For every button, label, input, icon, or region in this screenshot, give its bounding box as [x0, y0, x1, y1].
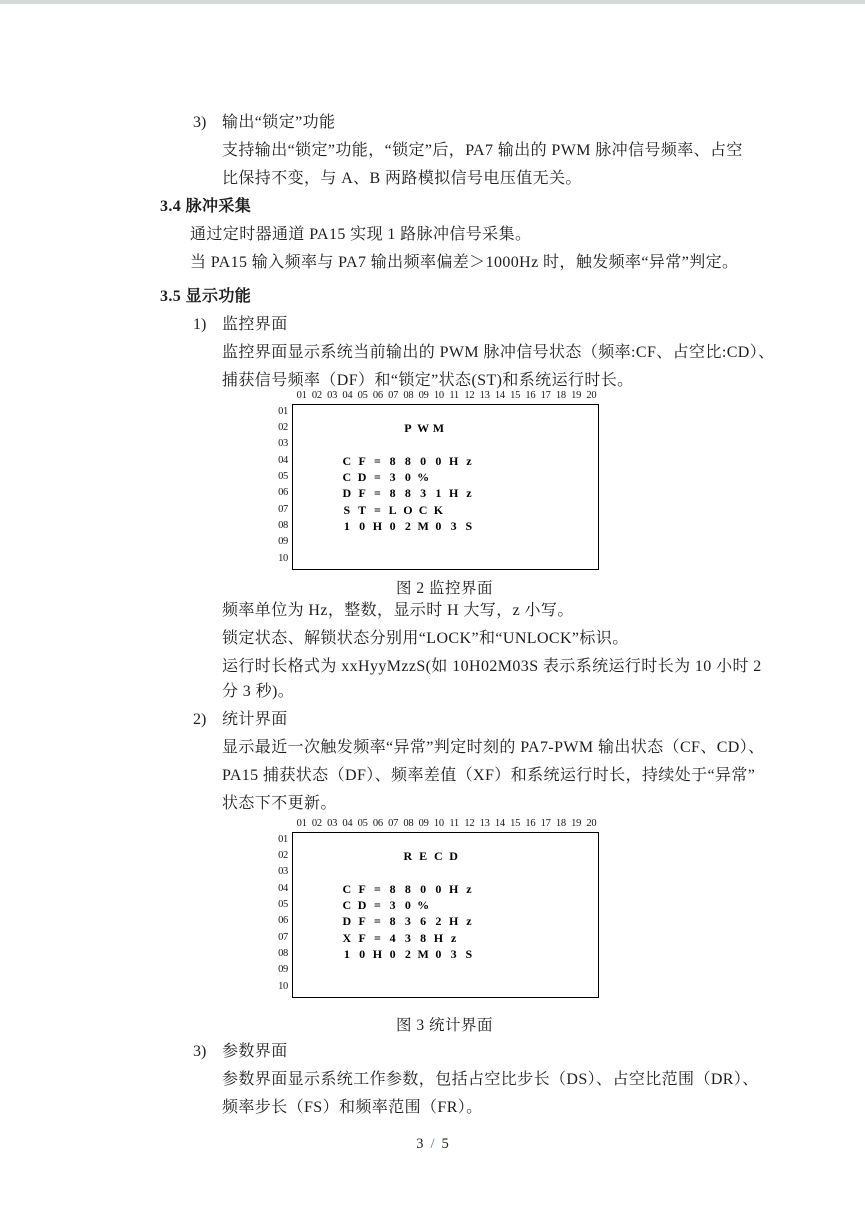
grid-column-label: 20 — [584, 389, 599, 403]
grid-row-label: 09 — [262, 964, 288, 980]
lcd-character: 8 — [385, 454, 400, 470]
grid-column-label: 05 — [355, 389, 370, 403]
paragraph-line: PA15 捕获状态（DF）、频率差值（XF）和系统运行时长，持续处于“异常” — [222, 766, 755, 786]
grid-row-label: 01 — [262, 834, 288, 850]
lcd-character: P — [400, 421, 415, 437]
lcd-character: 0 — [400, 470, 415, 486]
lcd-character: M — [431, 421, 446, 437]
lcd-character: 3 — [385, 470, 400, 486]
paragraph-line: 当 PA15 输入频率与 PA7 输出频率偏差＞1000Hz 时，触发频率“异常… — [190, 253, 738, 273]
grid-row-label: 10 — [262, 981, 288, 997]
lcd-character: D — [355, 898, 370, 914]
lcd-character: 0 — [400, 898, 415, 914]
lcd-character: H — [446, 454, 461, 470]
grid-row-label: 02 — [262, 850, 288, 866]
grid-row-label: 08 — [262, 520, 288, 536]
grid-column-label: 17 — [538, 389, 553, 403]
lcd-character: 3 — [385, 898, 400, 914]
lcd-character: 0 — [355, 947, 370, 963]
lcd-character: 2 — [400, 947, 415, 963]
lcd-character: H — [446, 882, 461, 898]
lcd-character: C — [416, 503, 431, 519]
grid-row-labels: 01020304050607080910 — [262, 834, 288, 997]
grid-column-label: 16 — [523, 389, 538, 403]
paragraph-line: 通过定时器通道 PA15 实现 1 路脉冲信号采集。 — [190, 225, 531, 245]
grid-column-label: 12 — [462, 817, 477, 831]
lcd-character: 3 — [400, 931, 415, 947]
lcd-character: S — [461, 519, 476, 535]
lcd-character: z — [461, 914, 476, 930]
lcd-character: 8 — [400, 882, 415, 898]
lcd-character: 8 — [385, 486, 400, 502]
grid-column-label: 08 — [401, 817, 416, 831]
lcd-character: 3 — [416, 486, 431, 502]
list-item-output-lock: 3) 输出“锁定”功能 — [222, 113, 335, 133]
lcd-character: F — [355, 486, 370, 502]
lcd-character: K — [431, 503, 446, 519]
lcd-character: L — [385, 503, 400, 519]
grid-column-label: 05 — [355, 817, 370, 831]
grid-column-label: 10 — [431, 389, 446, 403]
lcd-screen-content: PWMCF=8800HzCD=30%DF=8831HzST=LOCK10H02M… — [293, 405, 598, 569]
list-marker: 2) — [193, 710, 206, 730]
grid-column-label: 20 — [584, 817, 599, 831]
lcd-character: T — [355, 503, 370, 519]
grid-row-label: 03 — [262, 866, 288, 882]
lcd-character: 0 — [355, 519, 370, 535]
paragraph-line: 频率步长（FS）和频率范围（FR）。 — [222, 1098, 483, 1118]
lcd-character: C — [431, 849, 446, 865]
figure-caption: 图 3 统计界面 — [292, 1013, 597, 1035]
grid-row-label: 04 — [262, 455, 288, 471]
lcd-character: F — [355, 931, 370, 947]
lcd-character: 3 — [446, 519, 461, 535]
grid-row-label: 07 — [262, 504, 288, 520]
grid-row-label: 01 — [262, 406, 288, 422]
paragraph-line: 状态下不更新。 — [222, 794, 337, 814]
grid-column-label: 14 — [492, 389, 507, 403]
grid-column-label: 03 — [325, 389, 340, 403]
lcd-character: % — [416, 898, 431, 914]
list-marker: 3) — [193, 1042, 206, 1062]
lcd-character: = — [370, 503, 385, 519]
lcd-character: 0 — [431, 454, 446, 470]
lcd-character: 8 — [400, 454, 415, 470]
lcd-character: 6 — [416, 914, 431, 930]
list-item-monitor-screen: 1) 监控界面 — [222, 315, 288, 335]
lcd-character: 0 — [416, 882, 431, 898]
lcd-character: H — [446, 486, 461, 502]
grid-column-label: 09 — [416, 389, 431, 403]
lcd-character: 3 — [400, 914, 415, 930]
lcd-screen-box: PWMCF=8800HzCD=30%DF=8831HzST=LOCK10H02M… — [292, 404, 599, 570]
paragraph-line: 运行时长格式为 xxHyyMzzS(如 10H02M03S 表示系统运行时长为 … — [222, 657, 762, 677]
paragraph-line: 参数界面显示系统工作参数，包括占空比步长（DS）、占空比范围（DR）、 — [222, 1070, 759, 1090]
lcd-character: F — [355, 914, 370, 930]
grid-row-label: 02 — [262, 422, 288, 438]
grid-row-label: 03 — [262, 438, 288, 454]
paragraph-line: 锁定状态、解锁状态分别用“LOCK”和“UNLOCK”标识。 — [222, 629, 629, 649]
lcd-character: z — [446, 931, 461, 947]
section-heading-3-5: 3.5 显示功能 — [160, 287, 251, 307]
paragraph-line: 捕获信号频率（DF）和“锁定”状态(ST)和系统运行时长。 — [222, 371, 634, 391]
grid-column-label: 16 — [523, 817, 538, 831]
grid-column-label: 01 — [294, 817, 309, 831]
lcd-character: F — [355, 454, 370, 470]
lcd-character: 0 — [431, 947, 446, 963]
lcd-character: 0 — [431, 882, 446, 898]
grid-column-label: 03 — [325, 817, 340, 831]
grid-column-label: 19 — [569, 389, 584, 403]
grid-column-label: 15 — [508, 389, 523, 403]
lcd-character: C — [339, 454, 354, 470]
lcd-character: H — [370, 947, 385, 963]
list-item-stats-screen: 2) 统计界面 — [222, 710, 288, 730]
lcd-character: z — [461, 882, 476, 898]
list-item-text: 输出“锁定”功能 — [222, 114, 335, 131]
lcd-character: C — [339, 898, 354, 914]
lcd-character: = — [370, 882, 385, 898]
grid-column-label: 15 — [508, 817, 523, 831]
lcd-character: = — [370, 898, 385, 914]
grid-column-label: 06 — [370, 817, 385, 831]
window-top-edge — [0, 0, 865, 4]
grid-row-label: 04 — [262, 883, 288, 899]
lcd-character: 3 — [446, 947, 461, 963]
grid-column-label: 11 — [447, 817, 462, 831]
figure-caption: 图 2 监控界面 — [292, 576, 597, 598]
lcd-character: S — [339, 503, 354, 519]
lcd-screen-box: RECDCF=8800HzCD=30%DF=8362HzXF=438Hz10H0… — [292, 832, 599, 998]
document-page: { "colors": { "page_background": "#fffff… — [0, 0, 865, 1231]
lcd-character: % — [416, 470, 431, 486]
grid-row-labels: 01020304050607080910 — [262, 406, 288, 569]
grid-column-label: 17 — [538, 817, 553, 831]
lcd-character: H — [370, 519, 385, 535]
grid-column-label: 07 — [386, 817, 401, 831]
lcd-character: H — [431, 931, 446, 947]
grid-row-label: 06 — [262, 915, 288, 931]
lcd-character: D — [339, 914, 354, 930]
grid-column-label: 02 — [309, 389, 324, 403]
grid-row-label: 06 — [262, 487, 288, 503]
grid-column-label: 02 — [309, 817, 324, 831]
lcd-character: D — [446, 849, 461, 865]
lcd-character: = — [370, 486, 385, 502]
lcd-character: 2 — [431, 914, 446, 930]
lcd-character: z — [461, 486, 476, 502]
grid-column-label: 18 — [553, 817, 568, 831]
lcd-character: M — [416, 947, 431, 963]
paragraph-line: 分 3 秒)。 — [222, 682, 294, 702]
grid-column-label: 12 — [462, 389, 477, 403]
lcd-character: 1 — [431, 486, 446, 502]
list-marker: 3) — [193, 113, 206, 133]
grid-row-label: 08 — [262, 948, 288, 964]
lcd-character: = — [370, 470, 385, 486]
section-heading-3-4: 3.4 脉冲采集 — [160, 197, 251, 217]
lcd-screen-content: RECDCF=8800HzCD=30%DF=8362HzXF=438Hz10H0… — [293, 833, 598, 997]
list-item-text: 监控界面 — [222, 316, 288, 333]
page-number-separator: / — [430, 1136, 434, 1152]
list-marker: 1) — [193, 315, 206, 335]
lcd-character: = — [370, 914, 385, 930]
lcd-character: W — [416, 421, 431, 437]
grid-row-label: 10 — [262, 553, 288, 569]
lcd-character: = — [370, 454, 385, 470]
lcd-character: 8 — [400, 486, 415, 502]
lcd-character: F — [355, 882, 370, 898]
lcd-character: C — [339, 470, 354, 486]
lcd-character: 0 — [385, 519, 400, 535]
paragraph-line: 支持输出“锁定”功能，“锁定”后，PA7 输出的 PWM 脉冲信号频率、占空 — [222, 141, 743, 161]
grid-column-label: 13 — [477, 817, 492, 831]
grid-column-labels: 0102030405060708091011121314151617181920 — [294, 817, 599, 831]
grid-column-label: 13 — [477, 389, 492, 403]
grid-column-label: 18 — [553, 389, 568, 403]
grid-column-label: 07 — [386, 389, 401, 403]
lcd-character: S — [461, 947, 476, 963]
page-number: 3/5 — [0, 1136, 865, 1153]
grid-row-label: 05 — [262, 471, 288, 487]
lcd-character: 1 — [339, 519, 354, 535]
grid-row-label: 05 — [262, 899, 288, 915]
lcd-character: D — [355, 470, 370, 486]
list-item-text: 参数界面 — [222, 1043, 288, 1060]
grid-column-label: 19 — [569, 817, 584, 831]
lcd-character: z — [461, 454, 476, 470]
grid-column-label: 14 — [492, 817, 507, 831]
grid-column-label: 04 — [340, 389, 355, 403]
lcd-character: 0 — [416, 454, 431, 470]
lcd-character: 0 — [385, 947, 400, 963]
lcd-character: 8 — [385, 914, 400, 930]
page-number-current: 3 — [416, 1136, 423, 1152]
grid-column-label: 09 — [416, 817, 431, 831]
list-item-param-screen: 3) 参数界面 — [222, 1042, 288, 1062]
lcd-character: H — [446, 914, 461, 930]
lcd-character: 8 — [416, 931, 431, 947]
lcd-character: 2 — [400, 519, 415, 535]
paragraph-line: 比保持不变，与 A、B 两路模拟信号电压值无关。 — [222, 169, 582, 189]
lcd-character: X — [339, 931, 354, 947]
grid-column-labels: 0102030405060708091011121314151617181920 — [294, 389, 599, 403]
grid-column-label: 10 — [431, 817, 446, 831]
grid-row-label: 09 — [262, 536, 288, 552]
grid-column-label: 11 — [447, 389, 462, 403]
grid-column-label: 01 — [294, 389, 309, 403]
lcd-character: O — [400, 503, 415, 519]
paragraph-line: 显示最近一次触发频率“异常”判定时刻的 PA7-PWM 输出状态（CF、CD）、 — [222, 738, 765, 758]
grid-column-label: 04 — [340, 817, 355, 831]
page-number-total: 5 — [442, 1136, 449, 1152]
paragraph-line: 频率单位为 Hz，整数，显示时 H 大写，z 小写。 — [222, 601, 574, 621]
grid-row-label: 07 — [262, 932, 288, 948]
lcd-character: D — [339, 486, 354, 502]
lcd-character: R — [400, 849, 415, 865]
lcd-character: E — [416, 849, 431, 865]
grid-column-label: 06 — [370, 389, 385, 403]
lcd-character: C — [339, 882, 354, 898]
lcd-character: 8 — [385, 882, 400, 898]
lcd-character: 0 — [431, 519, 446, 535]
list-item-text: 统计界面 — [222, 711, 288, 728]
paragraph-line: 监控界面显示系统当前输出的 PWM 脉冲信号状态（频率:CF、占空比:CD）、 — [222, 343, 775, 363]
lcd-character: M — [416, 519, 431, 535]
lcd-character: 4 — [385, 931, 400, 947]
grid-column-label: 08 — [401, 389, 416, 403]
lcd-character: 1 — [339, 947, 354, 963]
lcd-character: = — [370, 931, 385, 947]
